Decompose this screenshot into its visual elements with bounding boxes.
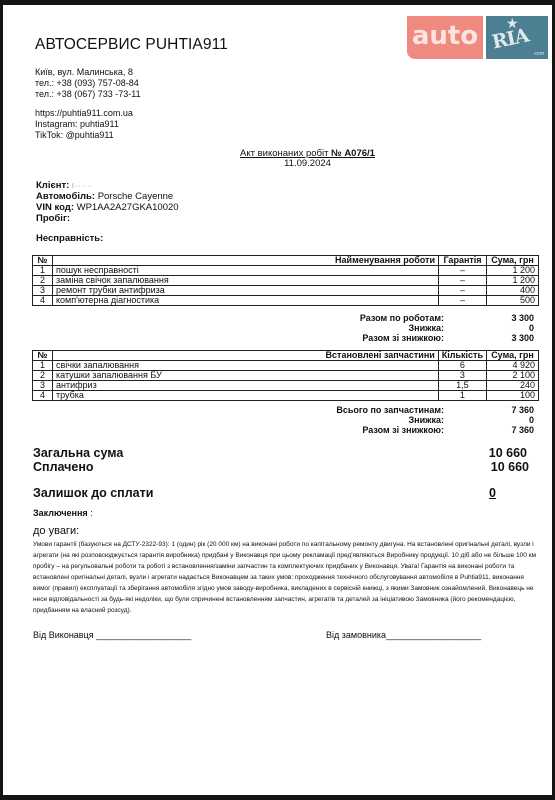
grand-total-label: Загальна сума: [33, 446, 123, 460]
parts-cell-n: 3: [33, 381, 53, 391]
parts-cell-sum: 100: [487, 391, 539, 401]
document-page: АВТОСЕРВИС PUHTIA911 Київ, вул. Малинськ…: [3, 5, 552, 795]
parts-cell-qty: 1,5: [438, 381, 486, 391]
works-row: 3ремонт трубки антифриза–400: [33, 286, 539, 296]
works-table: № Найменування роботи Гарантія Сума, грн…: [32, 255, 539, 306]
car-label: Автомобіль:: [36, 191, 95, 202]
works-with-discount-row: Разом зі знижкою:3 300: [32, 333, 539, 343]
works-cell-n: 3: [33, 286, 53, 296]
works-total-row: Разом по роботам:3 300: [32, 313, 539, 323]
parts-row: 1свічки запалювання64 920: [33, 361, 539, 371]
car-line: Автомобіль: Porsche Cayenne: [36, 192, 173, 203]
company-address: Київ, вул. Малинська, 8: [35, 67, 133, 78]
attention-title: до уваги:: [33, 525, 79, 537]
paid-value: 10 660: [491, 460, 529, 474]
company-tiktok: TikTok: @puhtia911: [35, 130, 114, 141]
fault-line: Несправність:: [36, 234, 103, 245]
logo-auto-part: auto: [407, 16, 483, 59]
parts-with-discount-label: Разом зі знижкою:: [362, 425, 444, 435]
vin-label: VIN код:: [36, 202, 74, 213]
company-phone-1: тел.: +38 (093) 757-08-84: [35, 78, 139, 89]
parts-table: № Встановлені запчастини Кількість Сума,…: [32, 350, 539, 401]
company-name: АВТОСЕРВИС PUHTIA911: [35, 36, 228, 54]
works-cell-n: 2: [33, 276, 53, 286]
grand-total-value: 10 660: [489, 446, 527, 460]
conclusion: Заключення :: [33, 508, 93, 518]
mileage-label: Пробіг:: [36, 213, 70, 224]
parts-header-number: №: [33, 351, 53, 361]
company-website: https://puhtia911.com.ua: [35, 108, 133, 119]
works-total-label: Разом по роботам:: [360, 313, 444, 323]
works-cell-n: 4: [33, 296, 53, 306]
parts-header-row: № Встановлені запчастини Кількість Сума,…: [33, 351, 539, 361]
logo-com-text: .com: [533, 51, 544, 57]
parts-cell-name: антифриз: [53, 381, 439, 391]
company-instagram: Instagram: puhtia911: [35, 119, 119, 130]
works-with-discount-value: 3 300: [511, 333, 534, 343]
works-row: 2заміна свічок запалювання–1 200: [33, 276, 539, 286]
works-cell-warranty: –: [439, 276, 487, 286]
parts-row: 2катушки запалювання БУ32 100: [33, 371, 539, 381]
parts-header-sum: Сума, грн: [487, 351, 539, 361]
works-cell-name: ремонт трубки антифриза: [53, 286, 439, 296]
fault-label: Несправність:: [36, 233, 103, 244]
parts-row: 4трубка1100: [33, 391, 539, 401]
parts-cell-qty: 6: [438, 361, 486, 371]
works-discount-value: 0: [529, 323, 534, 333]
works-cell-warranty: –: [439, 286, 487, 296]
autoria-watermark-logo: auto ★ RIA .com: [407, 16, 548, 59]
parts-cell-sum: 4 920: [487, 361, 539, 371]
client-label: Клієнт:: [36, 180, 69, 191]
works-cell-name: заміна свічок запалювання: [53, 276, 439, 286]
parts-discount-label: Знижка:: [409, 415, 445, 425]
balance-value: 0: [489, 486, 496, 500]
parts-discount-row: Знижка:0: [32, 415, 539, 425]
customer-signature: Від замовника___________________: [326, 630, 481, 640]
parts-with-discount-row: Разом зі знижкою:7 360: [32, 425, 539, 435]
company-phone-2: тел.: +38 (067) 733 -73-11: [35, 89, 141, 100]
works-cell-sum: 500: [487, 296, 539, 306]
parts-header-name: Встановлені запчастини: [53, 351, 439, 361]
act-date: 11.09.2024: [3, 158, 552, 169]
works-header-warranty: Гарантія: [439, 256, 487, 266]
parts-total-value: 7 360: [511, 405, 534, 415]
works-row: 1пошук несправності–1 200: [33, 266, 539, 276]
works-cell-n: 1: [33, 266, 53, 276]
works-header-number: №: [33, 256, 53, 266]
parts-totals: Всього по запчастинам:7 360 Знижка:0 Раз…: [32, 405, 539, 435]
parts-cell-sum: 240: [487, 381, 539, 391]
works-header-row: № Найменування роботи Гарантія Сума, грн: [33, 256, 539, 266]
works-cell-warranty: –: [439, 266, 487, 276]
conclusion-label: Заключення: [33, 508, 88, 518]
parts-cell-n: 1: [33, 361, 53, 371]
conclusion-suffix: :: [88, 508, 93, 518]
parts-cell-qty: 3: [438, 371, 486, 381]
works-totals: Разом по роботам:3 300 Знижка:0 Разом зі…: [32, 313, 539, 343]
parts-total-row: Всього по запчастинам:7 360: [32, 405, 539, 415]
parts-with-discount-value: 7 360: [511, 425, 534, 435]
car-value: Porsche Cayenne: [98, 191, 174, 202]
warranty-terms: Умови гарантії (базуються на ДСТУ-2322-9…: [33, 539, 538, 616]
parts-row: 3антифриз1,5240: [33, 381, 539, 391]
parts-cell-name: свічки запалювання: [53, 361, 439, 371]
parts-discount-value: 0: [529, 415, 534, 425]
parts-total-label: Всього по запчастинам:: [336, 405, 444, 415]
works-cell-sum: 400: [487, 286, 539, 296]
works-row: 4комп'ютерна діагностика–500: [33, 296, 539, 306]
works-discount-row: Знижка:0: [32, 323, 539, 333]
parts-cell-sum: 2 100: [487, 371, 539, 381]
executor-signature: Від Виконавця ___________________: [33, 630, 191, 640]
works-cell-sum: 1 200: [487, 276, 539, 286]
vin-line: VIN код: WP1AA2A27GKA10020: [36, 203, 179, 214]
paid-label: Сплачено: [33, 460, 94, 474]
logo-ria-part: ★ RIA .com: [486, 16, 548, 59]
client-value: І····· ··: [72, 183, 92, 190]
parts-cell-name: трубка: [53, 391, 439, 401]
works-discount-label: Знижка:: [409, 323, 445, 333]
logo-ria-text: RIA: [490, 24, 530, 53]
parts-cell-n: 4: [33, 391, 53, 401]
parts-cell-n: 2: [33, 371, 53, 381]
works-cell-warranty: –: [439, 296, 487, 306]
works-header-sum: Сума, грн: [487, 256, 539, 266]
works-cell-name: комп'ютерна діагностика: [53, 296, 439, 306]
parts-header-qty: Кількість: [438, 351, 486, 361]
works-with-discount-label: Разом зі знижкою:: [362, 333, 444, 343]
works-cell-sum: 1 200: [487, 266, 539, 276]
balance-label: Залишок до сплати: [33, 486, 153, 500]
mileage-line: Пробіг:: [36, 214, 70, 225]
works-total-value: 3 300: [511, 313, 534, 323]
vin-value: WP1AA2A27GKA10020: [77, 202, 179, 213]
works-cell-name: пошук несправності: [53, 266, 439, 276]
parts-cell-name: катушки запалювання БУ: [53, 371, 439, 381]
works-header-name: Найменування роботи: [53, 256, 439, 266]
parts-cell-qty: 1: [438, 391, 486, 401]
